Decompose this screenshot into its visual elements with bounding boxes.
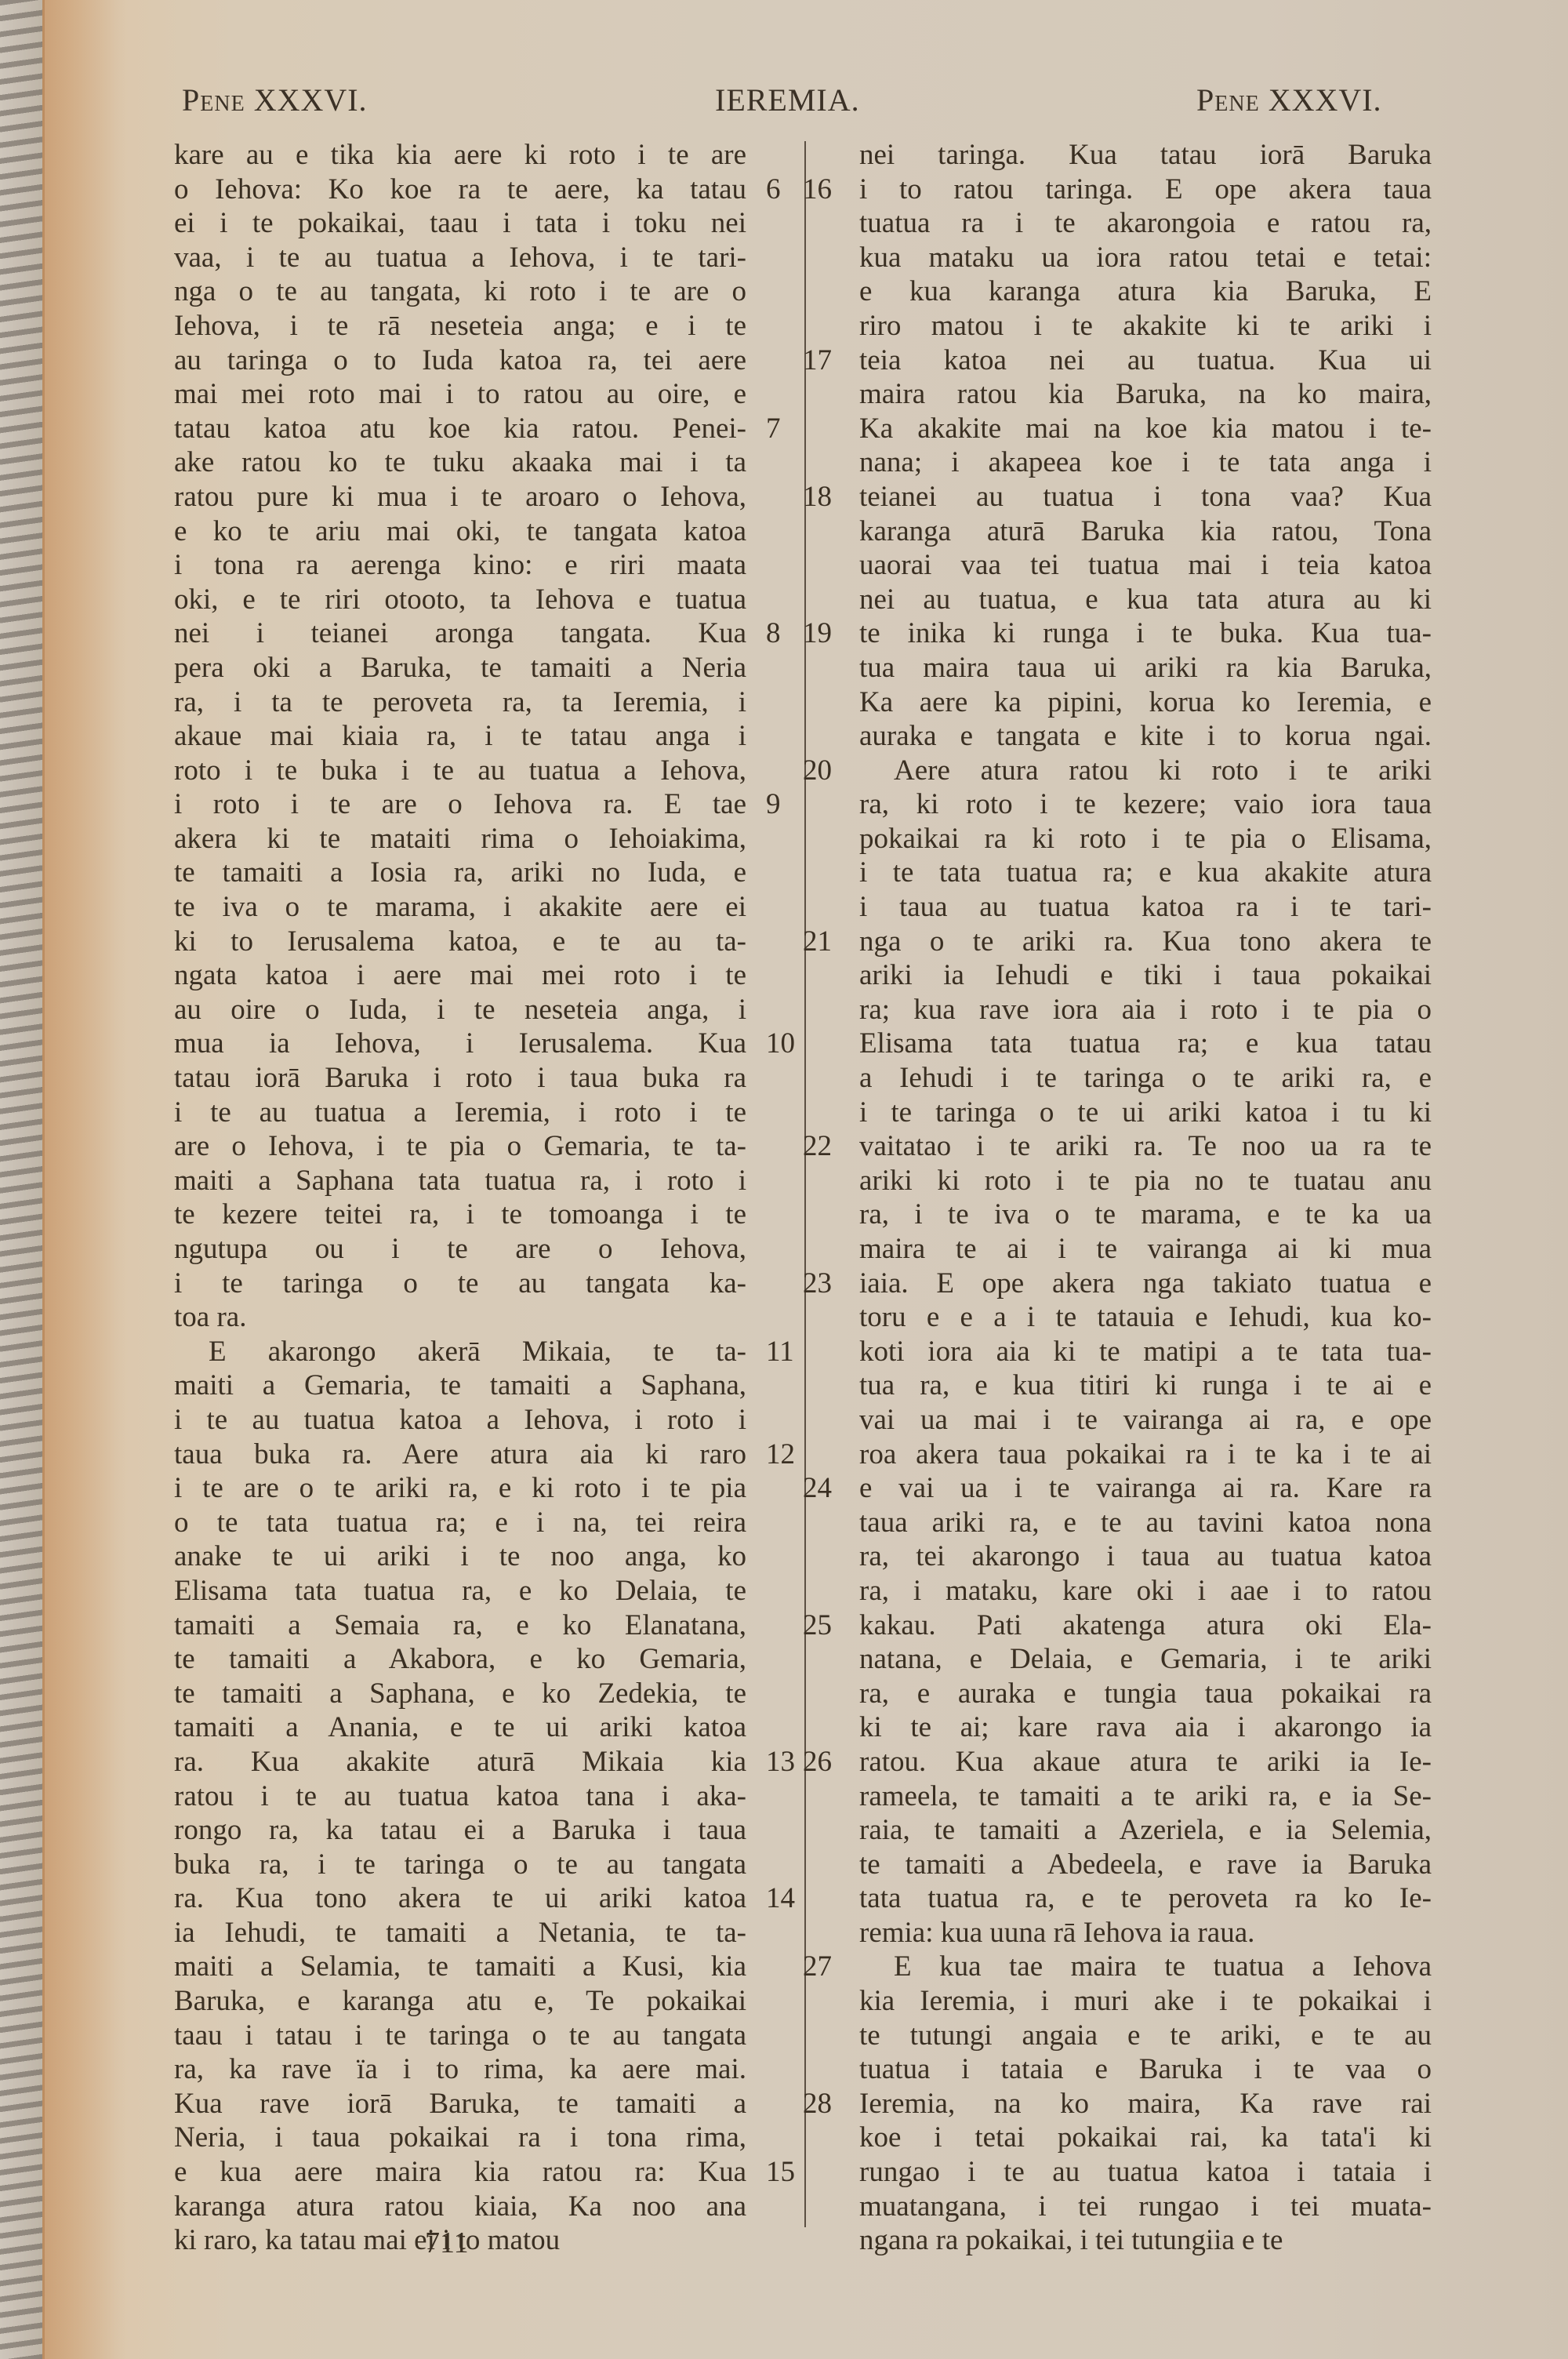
text-line-content: ra. Kua tono akera te ui ariki katoa: [174, 1881, 746, 1916]
text-line: ratou i te au tuatua katoa tana i aka-: [174, 1779, 746, 1814]
text-line-content: i roto i te are o Iehova ra. E tae: [174, 787, 746, 822]
text-line: Kua rave iorā Baruka, te tamaiti a: [174, 2087, 746, 2121]
text-line: ra, e auraka e tungia taua pokaikai ra: [859, 1677, 1432, 1711]
text-line-content: akera ki te mataiti rima o Iehoiakima,: [174, 822, 746, 856]
text-line-content: nga o te ariki ra. Kua tono akera te: [859, 925, 1432, 959]
text-line-content: e kua aere maira kia ratou ra: Kua: [174, 2155, 746, 2190]
text-line: nei taringa. Kua tatau iorā Baruka: [859, 138, 1432, 173]
text-line-content: te kezere teitei ra, i te tomoanga i te: [174, 1198, 746, 1232]
text-line-content: Iehova, i te rā neseteia anga; e i te: [174, 309, 746, 343]
right-text-column: nei taringa. Kua tatau iorā Barukai to r…: [859, 138, 1432, 2258]
text-line: ra, i mataku, kare oki i aae i to ratou: [859, 1574, 1432, 1608]
text-line: tuatua ra i te akarongoia e ratou ra,: [859, 206, 1432, 241]
running-head-right-pene: Pene: [1196, 82, 1260, 118]
text-line-content: nei taringa. Kua tatau iorā Baruka: [859, 138, 1432, 173]
text-line: Aere atura ratou ki roto i te ariki20: [859, 754, 1432, 788]
text-line: e kua karanga atura kia Baruka, E: [859, 274, 1432, 309]
text-line-content: au oire o Iuda, i te neseteia anga, i: [174, 993, 746, 1027]
text-line: tatau katoa atu koe kia ratou. Penei-7: [174, 412, 746, 446]
text-line: nga o te au tangata, ki roto i te are o: [174, 274, 746, 309]
text-line: koti iora aia ki te matipi a te tata tua…: [859, 1335, 1432, 1369]
text-line-content: nei i teianei aronga tangata. Kua: [174, 616, 746, 651]
text-line-content: mai mei roto mai i to ratou au oire, e: [174, 377, 746, 412]
verse-number: 28: [803, 2087, 850, 2121]
page-number: 711: [425, 2226, 469, 2260]
text-line-content: natana, e Delaia, e Gemaria, i te ariki: [859, 1642, 1432, 1677]
text-line: Neria, i taua pokaikai ra i tona rima,: [174, 2121, 746, 2155]
text-line: ra. Kua tono akera te ui ariki katoa14: [174, 1881, 746, 1916]
text-line-content: riro matou i te akakite ki te ariki i: [859, 309, 1432, 343]
text-line: i te tata tuatua ra; e kua akakite atura: [859, 856, 1432, 890]
text-line-content: toa ra.: [174, 1301, 246, 1333]
text-line: ia Iehudi, te tamaiti a Netania, te ta-: [174, 1916, 746, 1950]
text-line: te tutungi angaia e te ariki, e te au: [859, 2019, 1432, 2053]
verse-number: 26: [803, 1745, 850, 1779]
text-line-content: ei i te pokaikai, taau i tata i toku nei: [174, 206, 746, 241]
text-line-content: auraka e tangata e kite i to korua ngai.: [859, 719, 1432, 754]
text-line-content: tuatua i tataia e Baruka i te vaa o: [859, 2052, 1432, 2087]
verse-number: 22: [803, 1129, 850, 1164]
text-line: o te tata tuatua ra; e i na, tei reira: [174, 1506, 746, 1540]
text-line: kia Ieremia, i muri ake i te pokaikai i: [859, 1984, 1432, 2019]
text-line: ki te ai; kare rava aia i akarongo ia: [859, 1710, 1432, 1745]
text-line-content: rungao i te au tuatua katoa i tataia i: [859, 2155, 1432, 2190]
text-line: mua ia Iehova, i Ierusalema. Kua10: [174, 1027, 746, 1061]
text-line-content: te inika ki runga i te buka. Kua tua-: [859, 616, 1432, 651]
text-line-content: tata tuatua ra, e te peroveta ra ko Ie-: [859, 1881, 1432, 1916]
text-line-content: e ko te ariu mai oki, te tangata katoa: [174, 514, 746, 549]
text-line-content: e kua karanga atura kia Baruka, E: [859, 274, 1432, 309]
text-line-content: karanga atura ratou kiaia, Ka noo ana: [174, 2190, 746, 2224]
text-line: oki, e te riri otooto, ta Iehova e tuatu…: [174, 583, 746, 617]
text-line: taua ariki ra, e te au tavini katoa nona: [859, 1506, 1432, 1540]
text-line: tamaiti a Anania, e te ui ariki katoa: [174, 1710, 746, 1745]
text-line: riro matou i te akakite ki te ariki i: [859, 309, 1432, 343]
text-line-content: rameela, te tamaiti a te ariki ra, e ia …: [859, 1779, 1432, 1814]
text-line: o Iehova: Ko koe ra te aere, ka tatau6: [174, 173, 746, 207]
text-line: te tamaiti a Akabora, e ko Gemaria,: [174, 1642, 746, 1677]
text-line: E kua tae maira te tuatua a Iehova27: [859, 1950, 1432, 1984]
text-line: ra, ka rave ïa i to rima, ka aere mai.: [174, 2052, 746, 2087]
text-line-content: maira ratou kia Baruka, na ko maira,: [859, 377, 1432, 412]
text-line-content: ake ratou ko te tuku akaaka mai i ta: [174, 445, 746, 480]
verse-number: 13: [766, 1745, 795, 1779]
verse-number: 20: [803, 754, 850, 788]
text-line: tua maira taua ui ariki ra kia Baruka,: [859, 651, 1432, 685]
text-line-content: nei au tuatua, e kua tata atura au ki: [859, 583, 1432, 617]
text-line-content: o te tata tuatua ra; e i na, tei reira: [174, 1506, 746, 1540]
text-line-content: au taringa o to Iuda katoa ra, tei aere: [174, 343, 746, 378]
text-line-content: i taua au tuatua katoa ra i te tari-: [859, 890, 1432, 925]
text-line: akaue mai kiaia ra, i te tatau anga i: [174, 719, 746, 754]
text-line: e kua aere maira kia ratou ra: Kua15: [174, 2155, 746, 2190]
text-line: Baruka, e karanga atu e, Te pokaikai: [174, 1984, 746, 2019]
text-line-content: ia Iehudi, te tamaiti a Netania, te ta-: [174, 1916, 746, 1950]
text-line-content: vaa, i te au tuatua a Iehova, i te tari-: [174, 241, 746, 275]
text-line-content: tatau iorā Baruka i roto i taua buka ra: [174, 1061, 746, 1096]
text-line: nei au tuatua, e kua tata atura au ki: [859, 583, 1432, 617]
text-line: teia katoa nei au tuatua. Kua ui17: [859, 343, 1432, 378]
text-line: teianei au tuatua i tona vaa? Kua18: [859, 480, 1432, 514]
text-line-content: Ka akakite mai na koe kia matou i te-: [859, 412, 1432, 446]
text-line-content: ariki ia Iehudi e tiki i taua pokaikai: [859, 958, 1432, 993]
verse-number: 15: [766, 2155, 795, 2190]
text-line-content: ra, e auraka e tungia taua pokaikai ra: [859, 1677, 1432, 1711]
text-line: E akarongo akerā Mikaia, te ta-11: [174, 1335, 746, 1369]
running-head-left-chapter: XXXVI.: [254, 82, 368, 118]
text-line: vaitatao i te ariki ra. Te noo ua ra te2…: [859, 1129, 1432, 1164]
text-line-content: ki te ai; kare rava aia i akarongo ia: [859, 1710, 1432, 1745]
text-line-content: kua mataku ua iora ratou tetai e tetai:: [859, 241, 1432, 275]
text-line-content: te tamaiti a Akabora, e ko Gemaria,: [174, 1642, 746, 1677]
text-line: akera ki te mataiti rima o Iehoiakima,: [174, 822, 746, 856]
verse-number: 17: [803, 343, 850, 378]
text-line-content: ratou pure ki mua i te aroaro o Iehova,: [174, 480, 746, 514]
text-line: rungao i te au tuatua katoa i tataia i: [859, 2155, 1432, 2190]
text-line: rongo ra, ka tatau ei a Baruka i taua: [174, 1813, 746, 1848]
text-line: maiti a Gemaria, te tamaiti a Saphana,: [174, 1369, 746, 1403]
text-line-content: i te taringa o te ui ariki katoa i tu ki: [859, 1096, 1432, 1130]
text-line-content: i to ratou taringa. E ope akera taua: [859, 173, 1432, 207]
text-line: maira te ai i te vairanga ai ki mua: [859, 1232, 1432, 1267]
text-line-content: tuatua ra i te akarongoia e ratou ra,: [859, 206, 1432, 241]
text-line-content: tatau katoa atu koe kia ratou. Penei-: [174, 412, 746, 446]
text-line-content: Neria, i taua pokaikai ra i tona rima,: [174, 2121, 746, 2155]
text-line: i te taringa o te au tangata ka-: [174, 1267, 746, 1301]
text-line-content: Elisama tata tuatua ra, e ko Delaia, te: [174, 1574, 746, 1608]
verse-number: 23: [803, 1267, 850, 1301]
text-line-content: i te are o te ariki ra, e ki roto i te p…: [174, 1471, 746, 1506]
text-line: toru e e a i te tatauia e Iehudi, kua ko…: [859, 1300, 1432, 1335]
text-line-content: te tamaiti a Iosia ra, ariki no Iuda, e: [174, 856, 746, 890]
text-line-content: teia katoa nei au tuatua. Kua ui: [859, 343, 1432, 378]
text-line: ra, ki roto i te kezere; vaio iora taua: [859, 787, 1432, 822]
text-line: anake te ui ariki i te noo anga, ko: [174, 1539, 746, 1574]
text-line-content: ratou. Kua akaue atura te ariki ia Ie-: [859, 1745, 1432, 1779]
text-line: auraka e tangata e kite i to korua ngai.: [859, 719, 1432, 754]
text-line-content: ra, i mataku, kare oki i aae i to ratou: [859, 1574, 1432, 1608]
text-line: ra, tei akarongo i taua au tuatua katoa: [859, 1539, 1432, 1574]
verse-number: 10: [766, 1027, 795, 1061]
text-line-content: taua ariki ra, e te au tavini katoa nona: [859, 1506, 1432, 1540]
text-line-content: ki to Ierusalema katoa, e te au ta-: [174, 925, 746, 959]
text-line: au taringa o to Iuda katoa ra, tei aere: [174, 343, 746, 378]
text-line: maira ratou kia Baruka, na ko maira,: [859, 377, 1432, 412]
text-line: tamaiti a Semaia ra, e ko Elanatana,: [174, 1608, 746, 1643]
text-line: nana; i akapeea koe i te tata anga i: [859, 445, 1432, 480]
text-line-content: oki, e te riri otooto, ta Iehova e tuatu…: [174, 583, 746, 617]
text-line-content: ariki ki roto i te pia no te tuatau anu: [859, 1164, 1432, 1198]
text-line: taau i tatau i te taringa o te au tangat…: [174, 2019, 746, 2053]
verse-number: 11: [766, 1335, 794, 1369]
text-line: kakau. Pati akatenga atura oki Ela-25: [859, 1608, 1432, 1643]
text-line-content: tamaiti a Anania, e te ui ariki katoa: [174, 1710, 746, 1745]
text-line-content: uaorai vaa tei tuatua mai i teia katoa: [859, 548, 1432, 583]
verse-number: 9: [766, 787, 781, 822]
text-line: roto i te buka i te au tuatua a Iehova,: [174, 754, 746, 788]
text-line-content: buka ra, i te taringa o te au tangata: [174, 1848, 746, 1882]
text-line-content: maiti a Selamia, te tamaiti a Kusi, kia: [174, 1950, 746, 1984]
text-line-content: toru e e a i te tatauia e Iehudi, kua ko…: [859, 1300, 1432, 1335]
text-line-content: taua buka ra. Aere atura aia ki raro: [174, 1438, 746, 1472]
text-line-content: iaia. E ope akera nga takiato tuatua e: [859, 1267, 1432, 1301]
text-line: i to ratou taringa. E ope akera taua16: [859, 173, 1432, 207]
text-line: natana, e Delaia, e Gemaria, i te ariki: [859, 1642, 1432, 1677]
text-line: muatangana, i tei rungao i tei muata-: [859, 2190, 1432, 2224]
text-line: ra. Kua akakite aturā Mikaia kia13: [174, 1745, 746, 1779]
text-line: are o Iehova, i te pia o Gemaria, te ta-: [174, 1129, 746, 1164]
text-line: Elisama tata tuatua ra; e kua tatau: [859, 1027, 1432, 1061]
text-line-content: o Iehova: Ko koe ra te aere, ka tatau: [174, 173, 746, 207]
text-line-content: maira te ai i te vairanga ai ki mua: [859, 1232, 1432, 1267]
text-line: toa ra.: [174, 1300, 746, 1335]
verse-number: 12: [766, 1438, 795, 1472]
text-line: i roto i te are o Iehova ra. E tae9: [174, 787, 746, 822]
text-line-content: roa akera taua pokaikai ra i te ka i te …: [859, 1438, 1432, 1472]
text-line: Elisama tata tuatua ra, e ko Delaia, te: [174, 1574, 746, 1608]
text-line: au oire o Iuda, i te neseteia anga, i: [174, 993, 746, 1027]
text-line-content: ki raro, ka tatau mai ei i to matou: [174, 2224, 560, 2256]
text-line-content: akaue mai kiaia ra, i te tatau anga i: [174, 719, 746, 754]
text-line-content: Elisama tata tuatua ra; e kua tatau: [859, 1027, 1432, 1061]
text-line-content: tua maira taua ui ariki ra kia Baruka,: [859, 651, 1432, 685]
verse-number: 8: [766, 616, 781, 651]
text-line: roa akera taua pokaikai ra i te ka i te …: [859, 1438, 1432, 1472]
text-line: Ka akakite mai na koe kia matou i te-: [859, 412, 1432, 446]
text-line: buka ra, i te taringa o te au tangata: [174, 1848, 746, 1882]
text-line-content: mua ia Iehova, i Ierusalema. Kua: [174, 1027, 746, 1061]
text-line-content: ratou i te au tuatua katoa tana i aka-: [174, 1779, 746, 1814]
text-line-content: Ka aere ka pipini, korua ko Ieremia, e: [859, 685, 1432, 720]
text-line: i te are o te ariki ra, e ki roto i te p…: [174, 1471, 746, 1506]
text-line-content: roto i te buka i te au tuatua a Iehova,: [174, 754, 746, 788]
text-line: uaorai vaa tei tuatua mai i teia katoa: [859, 548, 1432, 583]
text-line: pokaikai ra ki roto i te pia o Elisama,: [859, 822, 1432, 856]
text-line: tuatua i tataia e Baruka i te vaa o: [859, 2052, 1432, 2087]
text-line: ngata katoa i aere mai mei roto i te: [174, 958, 746, 993]
text-line: ake ratou ko te tuku akaaka mai i ta: [174, 445, 746, 480]
text-line: te tamaiti a Iosia ra, ariki no Iuda, e: [174, 856, 746, 890]
text-line: ra, i te iva o te marama, e te ka ua: [859, 1198, 1432, 1232]
text-line: maiti a Selamia, te tamaiti a Kusi, kia: [174, 1950, 746, 1984]
text-line: kua mataku ua iora ratou tetai e tetai:: [859, 241, 1432, 275]
text-line: i tona ra aerenga kino: e riri maata: [174, 548, 746, 583]
text-line: te iva o te marama, i akakite aere ei: [174, 890, 746, 925]
text-line: taua buka ra. Aere atura aia ki raro12: [174, 1438, 746, 1472]
text-line: kare au e tika kia aere ki roto i te are: [174, 138, 746, 173]
verse-number: 24: [803, 1471, 850, 1506]
text-line: te inika ki runga i te buka. Kua tua-19: [859, 616, 1432, 651]
verse-number: 21: [803, 925, 850, 959]
verse-number: 16: [803, 173, 850, 207]
text-line: Iehova, i te rā neseteia anga; e i te: [174, 309, 746, 343]
text-line: te kezere teitei ra, i te tomoanga i te: [174, 1198, 746, 1232]
verse-number: 19: [803, 616, 850, 651]
text-line: a Iehudi i te taringa o te ariki ra, e: [859, 1061, 1432, 1096]
running-head-right: Pene XXXVI.: [1196, 82, 1382, 118]
page-gutter-shadow: [42, 0, 129, 2359]
text-line: Ieremia, na ko maira, Ka rave rai28: [859, 2087, 1432, 2121]
verse-number: 25: [803, 1608, 850, 1643]
text-line: ratou. Kua akaue atura te ariki ia Ie-26: [859, 1745, 1432, 1779]
text-line: i taua au tuatua katoa ra i te tari-: [859, 890, 1432, 925]
text-line: karanga aturā Baruka kia ratou, Tona: [859, 514, 1432, 549]
text-line: ra, i ta te peroveta ra, ta Ieremia, i: [174, 685, 746, 720]
text-line-content: ra, ka rave ïa i to rima, ka aere mai.: [174, 2052, 746, 2087]
verse-number: 18: [803, 480, 850, 514]
text-line-content: i te au tuatua katoa a Iehova, i roto i: [174, 1403, 746, 1438]
text-line: te tamaiti a Saphana, e ko Zedekia, te: [174, 1677, 746, 1711]
text-line-content: i tona ra aerenga kino: e riri maata: [174, 548, 746, 583]
text-line: tatau iorā Baruka i roto i taua buka ra: [174, 1061, 746, 1096]
text-line-content: remia: kua uuna rā Iehova ia raua.: [859, 1917, 1254, 1949]
text-line: mai mei roto mai i to ratou au oire, e: [174, 377, 746, 412]
text-line-content: Aere atura ratou ki roto i te ariki: [894, 754, 1432, 788]
text-line-content: are o Iehova, i te pia o Gemaria, te ta-: [174, 1129, 746, 1164]
text-line-content: anake te ui ariki i te noo anga, ko: [174, 1539, 746, 1574]
text-line: Ka aere ka pipini, korua ko Ieremia, e: [859, 685, 1432, 720]
text-line-content: i te au tuatua a Ieremia, i roto i te: [174, 1096, 746, 1130]
text-line-content: rongo ra, ka tatau ei a Baruka i taua: [174, 1813, 746, 1848]
verse-number: 14: [766, 1881, 795, 1916]
left-text-column: kare au e tika kia aere ki roto i te are…: [174, 138, 746, 2258]
text-line-content: Kua rave iorā Baruka, te tamaiti a: [174, 2087, 746, 2121]
text-line-content: E akarongo akerā Mikaia, te ta-: [209, 1335, 746, 1369]
verse-number: 6: [766, 173, 781, 207]
text-line-content: teianei au tuatua i tona vaa? Kua: [859, 480, 1432, 514]
book-fore-edge: [0, 0, 45, 2359]
text-line: remia: kua uuna rā Iehova ia raua.: [859, 1916, 1432, 1950]
text-line-content: E kua tae maira te tuatua a Iehova: [894, 1950, 1432, 1984]
text-line: e ko te ariu mai oki, te tangata katoa: [174, 514, 746, 549]
text-line: rameela, te tamaiti a te ariki ra, e ia …: [859, 1779, 1432, 1814]
text-line-content: te tutungi angaia e te ariki, e te au: [859, 2019, 1432, 2053]
text-line-content: te iva o te marama, i akakite aere ei: [174, 890, 746, 925]
running-head-right-chapter: XXXVI.: [1269, 82, 1382, 118]
text-line-content: koti iora aia ki te matipi a te tata tua…: [859, 1335, 1432, 1369]
text-line: ratou pure ki mua i te aroaro o Iehova,: [174, 480, 746, 514]
text-line-content: ngutupa ou i te are o Iehova,: [174, 1232, 746, 1267]
text-line-content: ra, ki roto i te kezere; vaio iora taua: [859, 787, 1432, 822]
text-line: vaa, i te au tuatua a Iehova, i te tari-: [174, 241, 746, 275]
text-line: ariki ia Iehudi e tiki i taua pokaikai: [859, 958, 1432, 993]
text-line-content: maiti a Saphana tata tuatua ra, i roto i: [174, 1164, 746, 1198]
text-line: nei i teianei aronga tangata. Kua8: [174, 616, 746, 651]
text-line: i te taringa o te ui ariki katoa i tu ki: [859, 1096, 1432, 1130]
verse-number: 7: [766, 412, 781, 446]
text-line-content: nga o te au tangata, ki roto i te are o: [174, 274, 746, 309]
text-line: ra; kua rave iora aia i roto i te pia o: [859, 993, 1432, 1027]
text-line-content: ra, tei akarongo i taua au tuatua katoa: [859, 1539, 1432, 1574]
text-line-content: maiti a Gemaria, te tamaiti a Saphana,: [174, 1369, 746, 1403]
text-line-content: taau i tatau i te taringa o te au tangat…: [174, 2019, 746, 2053]
text-line: i te au tuatua katoa a Iehova, i roto i: [174, 1403, 746, 1438]
text-line: tata tuatua ra, e te peroveta ra ko Ie-: [859, 1881, 1432, 1916]
text-line-content: i te taringa o te au tangata ka-: [174, 1267, 746, 1301]
text-line-content: raia, te tamaiti a Azeriela, e ia Selemi…: [859, 1813, 1432, 1848]
text-line-content: kia Ieremia, i muri ake i te pokaikai i: [859, 1984, 1432, 2019]
column-divider-rule: [804, 141, 806, 2227]
text-line-content: vaitatao i te ariki ra. Te noo ua ra te: [859, 1129, 1432, 1164]
text-line-content: ra, i te iva o te marama, e te ka ua: [859, 1198, 1432, 1232]
text-line-content: Baruka, e karanga atu e, Te pokaikai: [174, 1984, 746, 2019]
text-line: te tamaiti a Abedeela, e rave ia Baruka: [859, 1848, 1432, 1882]
text-line-content: a Iehudi i te taringa o te ariki ra, e: [859, 1061, 1432, 1096]
text-line: nga o te ariki ra. Kua tono akera te21: [859, 925, 1432, 959]
text-line: ariki ki roto i te pia no te tuatau anu: [859, 1164, 1432, 1198]
running-head-book-title: IEREMIA.: [715, 82, 860, 118]
running-head-left: Pene XXXVI.: [182, 82, 368, 118]
text-line-content: e vai ua i te vairanga ai ra. Kare ra: [859, 1471, 1432, 1506]
text-line: vai ua mai i te vairanga ai ra, e ope: [859, 1403, 1432, 1438]
text-line-content: nana; i akapeea koe i te tata anga i: [859, 445, 1432, 480]
text-line: ngutupa ou i te are o Iehova,: [174, 1232, 746, 1267]
text-line-content: pokaikai ra ki roto i te pia o Elisama,: [859, 822, 1432, 856]
text-line-content: ra. Kua akakite aturā Mikaia kia: [174, 1745, 746, 1779]
text-line: pera oki a Baruka, te tamaiti a Neria: [174, 651, 746, 685]
text-line-content: ngana ra pokaikai, i tei tutungiia e te: [859, 2224, 1283, 2256]
text-line: karanga atura ratou kiaia, Ka noo ana: [174, 2190, 746, 2224]
text-line: i te au tuatua a Ieremia, i roto i te: [174, 1096, 746, 1130]
text-line-content: i te tata tuatua ra; e kua akakite atura: [859, 856, 1432, 890]
text-line-content: tua ra, e kua titiri ki runga i te ai e: [859, 1369, 1432, 1403]
text-line-content: tamaiti a Semaia ra, e ko Elanatana,: [174, 1608, 746, 1643]
text-line-content: kakau. Pati akatenga atura oki Ela-: [859, 1608, 1432, 1643]
text-line-content: pera oki a Baruka, te tamaiti a Neria: [174, 651, 746, 685]
text-line-content: te tamaiti a Saphana, e ko Zedekia, te: [174, 1677, 746, 1711]
running-head-left-pene: Pene: [182, 82, 245, 118]
text-line-content: koe i tetai pokaikai rai, ka tata'i ki: [859, 2121, 1432, 2155]
text-line-content: kare au e tika kia aere ki roto i te are: [174, 138, 746, 173]
text-line-content: te tamaiti a Abedeela, e rave ia Baruka: [859, 1848, 1432, 1882]
text-line: ki to Ierusalema katoa, e te au ta-: [174, 925, 746, 959]
text-line-content: muatangana, i tei rungao i tei muata-: [859, 2190, 1432, 2224]
text-line-content: Ieremia, na ko maira, Ka rave rai: [859, 2087, 1432, 2121]
text-line: ei i te pokaikai, taau i tata i toku nei: [174, 206, 746, 241]
text-line-content: vai ua mai i te vairanga ai ra, e ope: [859, 1403, 1432, 1438]
text-line: tua ra, e kua titiri ki runga i te ai e: [859, 1369, 1432, 1403]
text-line-content: ngata katoa i aere mai mei roto i te: [174, 958, 746, 993]
verse-number: 27: [803, 1950, 850, 1984]
text-line-content: ra, i ta te peroveta ra, ta Ieremia, i: [174, 685, 746, 720]
text-line-content: ra; kua rave iora aia i roto i te pia o: [859, 993, 1432, 1027]
text-line: koe i tetai pokaikai rai, ka tata'i ki: [859, 2121, 1432, 2155]
text-line-content: karanga aturā Baruka kia ratou, Tona: [859, 514, 1432, 549]
text-line: ngana ra pokaikai, i tei tutungiia e te: [859, 2223, 1432, 2258]
text-line: raia, te tamaiti a Azeriela, e ia Selemi…: [859, 1813, 1432, 1848]
text-line: maiti a Saphana tata tuatua ra, i roto i: [174, 1164, 746, 1198]
text-line: e vai ua i te vairanga ai ra. Kare ra24: [859, 1471, 1432, 1506]
text-line: iaia. E ope akera nga takiato tuatua e23: [859, 1267, 1432, 1301]
